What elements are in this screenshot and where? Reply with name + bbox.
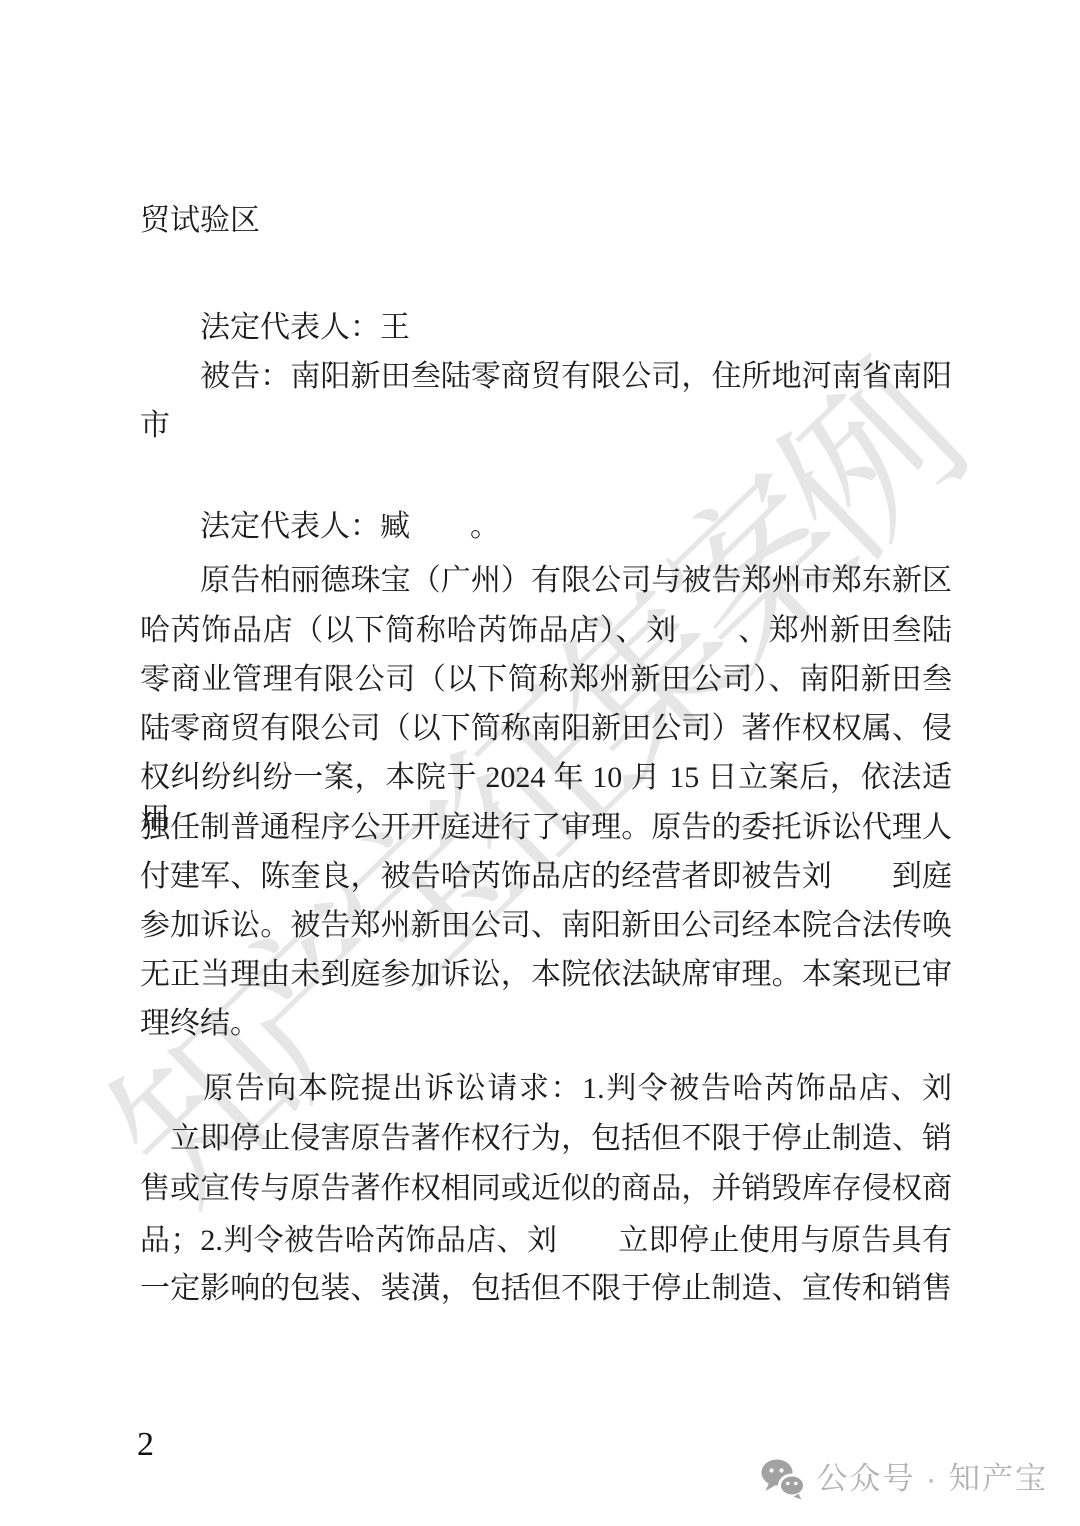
document-line: 参加诉讼。被告郑州新田公司、南阳新田公司经本院合法传唤 — [140, 905, 952, 947]
document-line: 法定代表人：王 — [140, 307, 952, 349]
document-line: 一定影响的包装、装潢，包括但不限于停止制造、宣传和销售 — [140, 1268, 952, 1310]
document-line: 陆零商贸有限公司（以下简称南阳新田公司）著作权权属、侵 — [140, 708, 952, 750]
document-line: 立即停止侵害原告著作权行为，包括但不限于停止制造、销 — [140, 1118, 952, 1160]
wechat-icon — [760, 1458, 806, 1500]
document-line: 零商业管理有限公司（以下简称郑州新田公司）、南阳新田叁 — [140, 659, 952, 701]
document-line: 无正当理由未到庭参加诉讼，本院依法缺席审理。本案现已审 — [140, 954, 952, 996]
page-number: 2 — [137, 1426, 154, 1464]
document-line: 售或宣传与原告著作权相同或近似的商品，并销毁库存侵权商 — [140, 1168, 952, 1210]
document-line: 原告向本院提出诉讼请求：1.判令被告哈芮饰品店、刘 — [140, 1068, 952, 1110]
document-line: 市 — [140, 405, 952, 447]
footer-brand-label: 公众号 · 知产宝 — [816, 1458, 1048, 1500]
document-line: 贸试验区 — [140, 200, 952, 242]
document-line: 独任制普通程序公开开庭进行了审理。原告的委托诉讼代理人 — [140, 807, 952, 849]
document-page: 知产宝征集案例 贸试验区 法定代表人：王 被告：南阳新田叁陆零商贸有限公司，住所… — [0, 0, 1080, 1526]
footer-brand: 公众号 · 知产宝 — [760, 1458, 1048, 1500]
document-line: 原告柏丽德珠宝（广州）有限公司与被告郑州市郑东新区 — [140, 560, 952, 602]
document-line: 法定代表人：臧 。 — [140, 506, 952, 548]
document-line: 哈芮饰品店（以下简称哈芮饰品店）、刘 、郑州新田叁陆 — [140, 610, 952, 652]
document-line: 被告：南阳新田叁陆零商贸有限公司，住所地河南省南阳 — [140, 356, 952, 398]
document-line: 付建军、陈奎良，被告哈芮饰品店的经营者即被告刘 到庭 — [140, 856, 952, 898]
document-line: 理终结。 — [140, 1003, 952, 1045]
document-line: 品；2.判令被告哈芮饰品店、刘 立即停止使用与原告具有 — [140, 1220, 952, 1262]
